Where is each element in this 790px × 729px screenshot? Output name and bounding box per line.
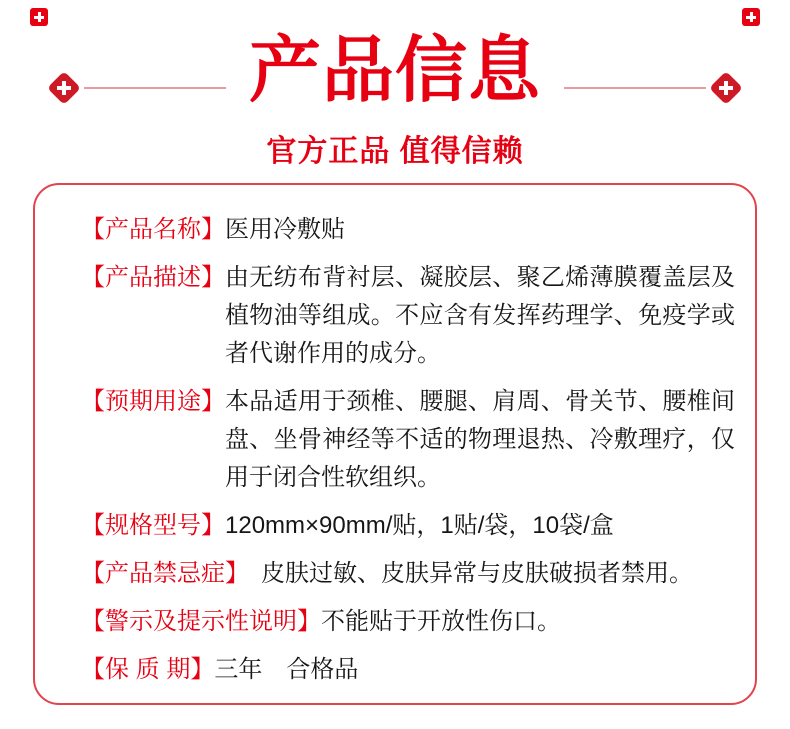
field-label: 【规格型号】 <box>81 507 225 545</box>
field-label: 【产品名称】 <box>81 211 225 249</box>
product-info-card: 【产品名称】 医用冷敷贴 【产品描述】 由无纺布背衬层、凝胶层、聚乙烯薄膜覆盖层… <box>33 183 757 705</box>
field-value: 皮肤过敏、皮肤异常与皮肤破损者禁用。 <box>249 555 741 593</box>
cross-bar <box>750 12 753 22</box>
info-row-spec-model: 【规格型号】 120mm×90mm/贴，1贴/袋，10袋/盒 <box>81 507 741 545</box>
field-label: 【产品禁忌症】 <box>81 555 249 593</box>
info-row-product-description: 【产品描述】 由无纺布背衬层、凝胶层、聚乙烯薄膜覆盖层及植物油等组成。不应含有发… <box>81 259 741 373</box>
field-value: 三年 合格品 <box>214 651 741 689</box>
info-row-shelf-life: 【保 质 期】 三年 合格品 <box>81 651 741 689</box>
page-title: 产品信息 <box>0 30 790 113</box>
info-row-intended-use: 【预期用途】 本品适用于颈椎、腰腿、肩周、骨关节、腰椎间盘、坐骨神经等不适的物理… <box>81 383 741 497</box>
corner-cross-icon <box>30 8 48 26</box>
info-row-warnings: 【警示及提示性说明】 不能贴于开放性伤口。 <box>81 603 741 641</box>
page-root: { "header": { "title": "产品信息", "subtitle… <box>0 0 790 729</box>
cross-bar <box>38 12 41 22</box>
field-label: 【保 质 期】 <box>81 651 214 689</box>
field-value: 本品适用于颈椎、腰腿、肩周、骨关节、腰椎间盘、坐骨神经等不适的物理退热、冷敷理疗… <box>225 383 741 497</box>
field-label: 【预期用途】 <box>81 383 225 421</box>
field-value: 医用冷敷贴 <box>225 211 741 249</box>
info-row-product-name: 【产品名称】 医用冷敷贴 <box>81 211 741 249</box>
info-row-contraindications: 【产品禁忌症】 皮肤过敏、皮肤异常与皮肤破损者禁用。 <box>81 555 741 593</box>
field-value: 不能贴于开放性伤口。 <box>321 603 741 641</box>
field-value: 由无纺布背衬层、凝胶层、聚乙烯薄膜覆盖层及植物油等组成。不应含有发挥药理学、免疫… <box>225 259 741 373</box>
page-subtitle: 官方正品 值得信赖 <box>0 126 790 170</box>
field-label: 【警示及提示性说明】 <box>81 603 321 641</box>
field-value: 120mm×90mm/贴，1贴/袋，10袋/盒 <box>225 507 741 545</box>
field-label: 【产品描述】 <box>81 259 225 297</box>
corner-cross-icon <box>742 8 760 26</box>
